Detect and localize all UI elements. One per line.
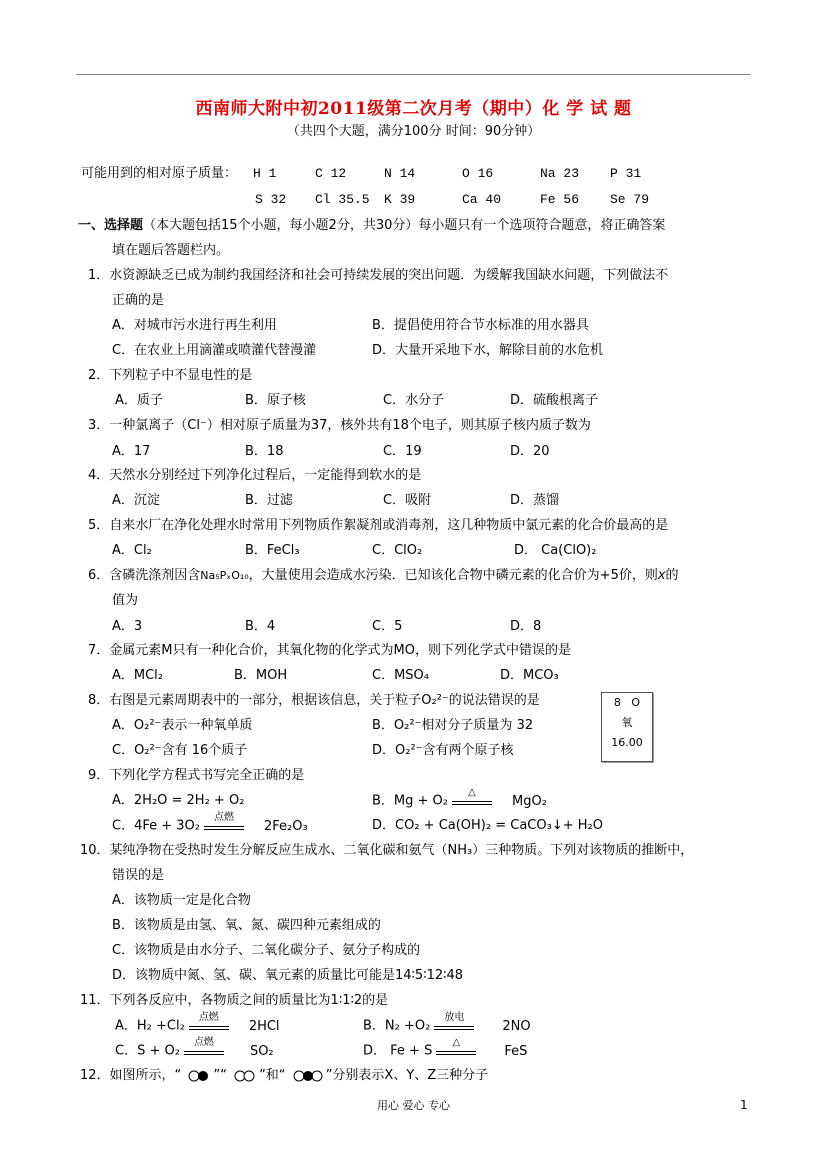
footer-motto: 用心 爱心 专心 — [0, 1098, 827, 1114]
mass-na: Na 23 — [540, 166, 579, 182]
option-8c: C．O₂²⁻含有 16个质子 — [112, 743, 247, 759]
option-10a: A．该物质一定是化合物 — [112, 893, 251, 909]
option-11d: D． Fe + S△FeS — [363, 1043, 527, 1060]
option-9c: C．4Fe + 3O₂点燃2Fe₂O₃ — [112, 818, 308, 835]
option-6d: D．8 — [510, 619, 541, 635]
option-11b: B．N₂ +O₂放电2NO — [363, 1018, 531, 1035]
option-4a: A．沉淀 — [112, 493, 160, 509]
molecule-z-icon — [293, 1070, 323, 1082]
question-11: 11．下列各反应中，各物质之间的质量比为1∶1∶2的是 — [80, 993, 388, 1009]
option-10d: D．该物质中氮、氢、碳、氧元素的质量比可能是14∶5∶12∶48 — [112, 968, 463, 984]
option-3a: A．17 — [112, 444, 150, 460]
question-1: 1．水资源缺乏已成为制约我国经济和社会可持续发展的突出问题．为缓解我国缺水问题，… — [88, 268, 668, 284]
option-3c: C．19 — [383, 444, 422, 460]
option-2c: C．水分子 — [383, 393, 444, 409]
section-title: 一、选择题 — [78, 218, 143, 233]
question-5: 5．自来水厂在净化处理水时常用下列物质作絮凝剂或消毒剂，这几种物质中氯元素的化合… — [88, 518, 668, 534]
option-7d: D．MCO₃ — [500, 668, 559, 684]
question-2: 2．下列粒子中不显电性的是 — [88, 368, 252, 384]
option-5c: C．ClO₂ — [372, 543, 422, 559]
option-7b: B．MOH — [234, 668, 287, 684]
mass-h: H 1 — [253, 166, 276, 182]
option-3b: B．18 — [245, 444, 283, 460]
option-1b: B．提倡使用符合节水标准的用水器具 — [372, 318, 589, 334]
option-8d: D．O₂²⁻含有两个原子核 — [372, 743, 514, 759]
option-5b: B．FeCl₃ — [245, 543, 300, 559]
question-6: 6．含磷洗涤剂因含Na₅PₓO₁₀，大量使用会造成水污染．已知该化合物中磷元素的… — [88, 568, 679, 584]
question-10-stem-2: 错误的是 — [112, 868, 164, 884]
mass-ca: Ca 40 — [462, 192, 501, 208]
question-8: 8．右图是元素周期表中的一部分，根据该信息，关于粒子O₂²⁻的说法错误的是 — [88, 693, 540, 709]
molecule-y-icon — [234, 1070, 256, 1082]
question-3: 3．一种氯离子（Cl⁻）相对原子质量为37，核外共有18个电子，则其原子核内质子… — [88, 418, 591, 434]
option-10b: B．该物质是由氢、氧、氮、碳四种元素组成的 — [112, 918, 381, 934]
ignite-condition-arrow: 点燃 — [182, 1043, 226, 1059]
option-2b: B．原子核 — [245, 393, 306, 409]
question-10: 10．某纯净物在受热时发生分解反应生成水、二氧化碳和氨气（NH₃）三种物质。下列… — [80, 843, 693, 859]
exam-subtitle: （共四个大题，满分100分 时间：90分钟） — [0, 124, 827, 140]
option-5a: A．Cl₂ — [112, 543, 152, 559]
option-6a: A．3 — [112, 619, 142, 635]
option-1a: A．对城市污水进行再生利用 — [112, 318, 277, 334]
option-9d: D．CO₂ + Ca(OH)₂ = CaCO₃↓+ H₂O — [372, 818, 603, 834]
option-5d: D． Ca(ClO)₂ — [514, 543, 596, 559]
mass-s: S 32 — [255, 192, 286, 208]
heat-condition-arrow: △ — [434, 1043, 478, 1059]
option-2d: D．硫酸根离子 — [510, 393, 598, 409]
option-9a: A．2H₂O = 2H₂ + O₂ — [112, 793, 244, 809]
option-7a: A．MCl₂ — [112, 668, 163, 684]
mass-n: N 14 — [384, 166, 415, 182]
ignite-condition-arrow: 点燃 — [202, 818, 246, 834]
mass-p: P 31 — [610, 166, 641, 182]
option-6c: C．5 — [372, 619, 402, 635]
ignite-condition-arrow: 点燃 — [187, 1018, 231, 1034]
option-2a: A．质子 — [115, 393, 163, 409]
mass-o: O 16 — [462, 166, 493, 182]
option-4b: B．过滤 — [245, 493, 293, 509]
question-6-stem-2: 值为 — [112, 593, 138, 609]
question-stem: 水资源缺乏已成为制约我国经济和社会可持续发展的突出问题．为缓解我国缺水问题，下列… — [109, 268, 668, 283]
option-4c: C．吸附 — [383, 493, 431, 509]
mass-c: C 12 — [315, 166, 346, 182]
option-11a: A．H₂ +Cl₂点燃2HCl — [115, 1018, 280, 1035]
mass-se: Se 79 — [610, 192, 649, 208]
heat-condition-arrow: △ — [450, 793, 494, 809]
option-10c: C．该物质是由水分子、二氧化碳分子、氨分子构成的 — [112, 943, 420, 959]
question-9: 9．下列化学方程式书写完全正确的是 — [88, 768, 304, 784]
element-mass: 16.00 — [602, 733, 652, 753]
section-heading: 一、选择题（本大题包括15个小题，每小题2分，共30分）每小题只有一个选项符合题… — [78, 218, 665, 234]
option-1d: D．大量开采地下水，解除目前的水危机 — [372, 343, 603, 359]
page-number: 1 — [740, 1097, 748, 1113]
option-4d: D．蒸馏 — [510, 493, 559, 509]
atomic-mass-label: 可能用到的相对原子质量： — [81, 166, 237, 182]
question-12: 12．如图所示，“ ”“ ”和“ ”分别表示X、Y、Z三种分子 — [80, 1068, 488, 1084]
question-7: 7．金属元素M只有一种化合价，其氧化物的化学式为MO，则下列化学式中错误的是 — [88, 643, 571, 659]
discharge-condition-arrow: 放电 — [432, 1018, 476, 1034]
option-8b: B．O₂²⁻相对分子质量为 32 — [372, 718, 533, 734]
mass-k: K 39 — [384, 192, 415, 208]
formula-na5pxo10: Na₅PₓO₁₀ — [200, 569, 248, 582]
exam-title: 西南师大附中初2011级第二次月考（期中）化 学 试 题 — [0, 99, 827, 119]
element-number-symbol: 8 O — [602, 693, 652, 713]
question-1-stem-2: 正确的是 — [112, 293, 164, 309]
section-instructions: （本大题包括15个小题，每小题2分，共30分）每小题只有一个选项符合题意，将正确… — [143, 218, 665, 233]
option-3d: D．20 — [510, 444, 550, 460]
option-6b: B．4 — [245, 619, 275, 635]
molecule-x-icon — [188, 1070, 210, 1082]
option-11c: C．S + O₂点燃SO₂ — [115, 1043, 274, 1060]
mass-cl: Cl 35.5 — [315, 192, 370, 208]
element-card-oxygen: 8 O 氧 16.00 — [601, 692, 653, 762]
question-4: 4．天然水分别经过下列净化过程后，一定能得到软水的是 — [88, 468, 421, 484]
option-9b: B．Mg + O₂△MgO₂ — [372, 793, 547, 810]
mass-fe: Fe 56 — [540, 192, 579, 208]
option-7c: C．MSO₄ — [372, 668, 429, 684]
option-8a: A．O₂²⁻表示一种氧单质 — [112, 718, 252, 734]
header-rule — [76, 74, 751, 75]
element-name: 氧 — [602, 713, 652, 733]
section-instructions-2: 填在题后答题栏内。 — [112, 243, 229, 259]
option-1c: C．在农业上用滴灌或喷灌代替漫灌 — [112, 343, 316, 359]
